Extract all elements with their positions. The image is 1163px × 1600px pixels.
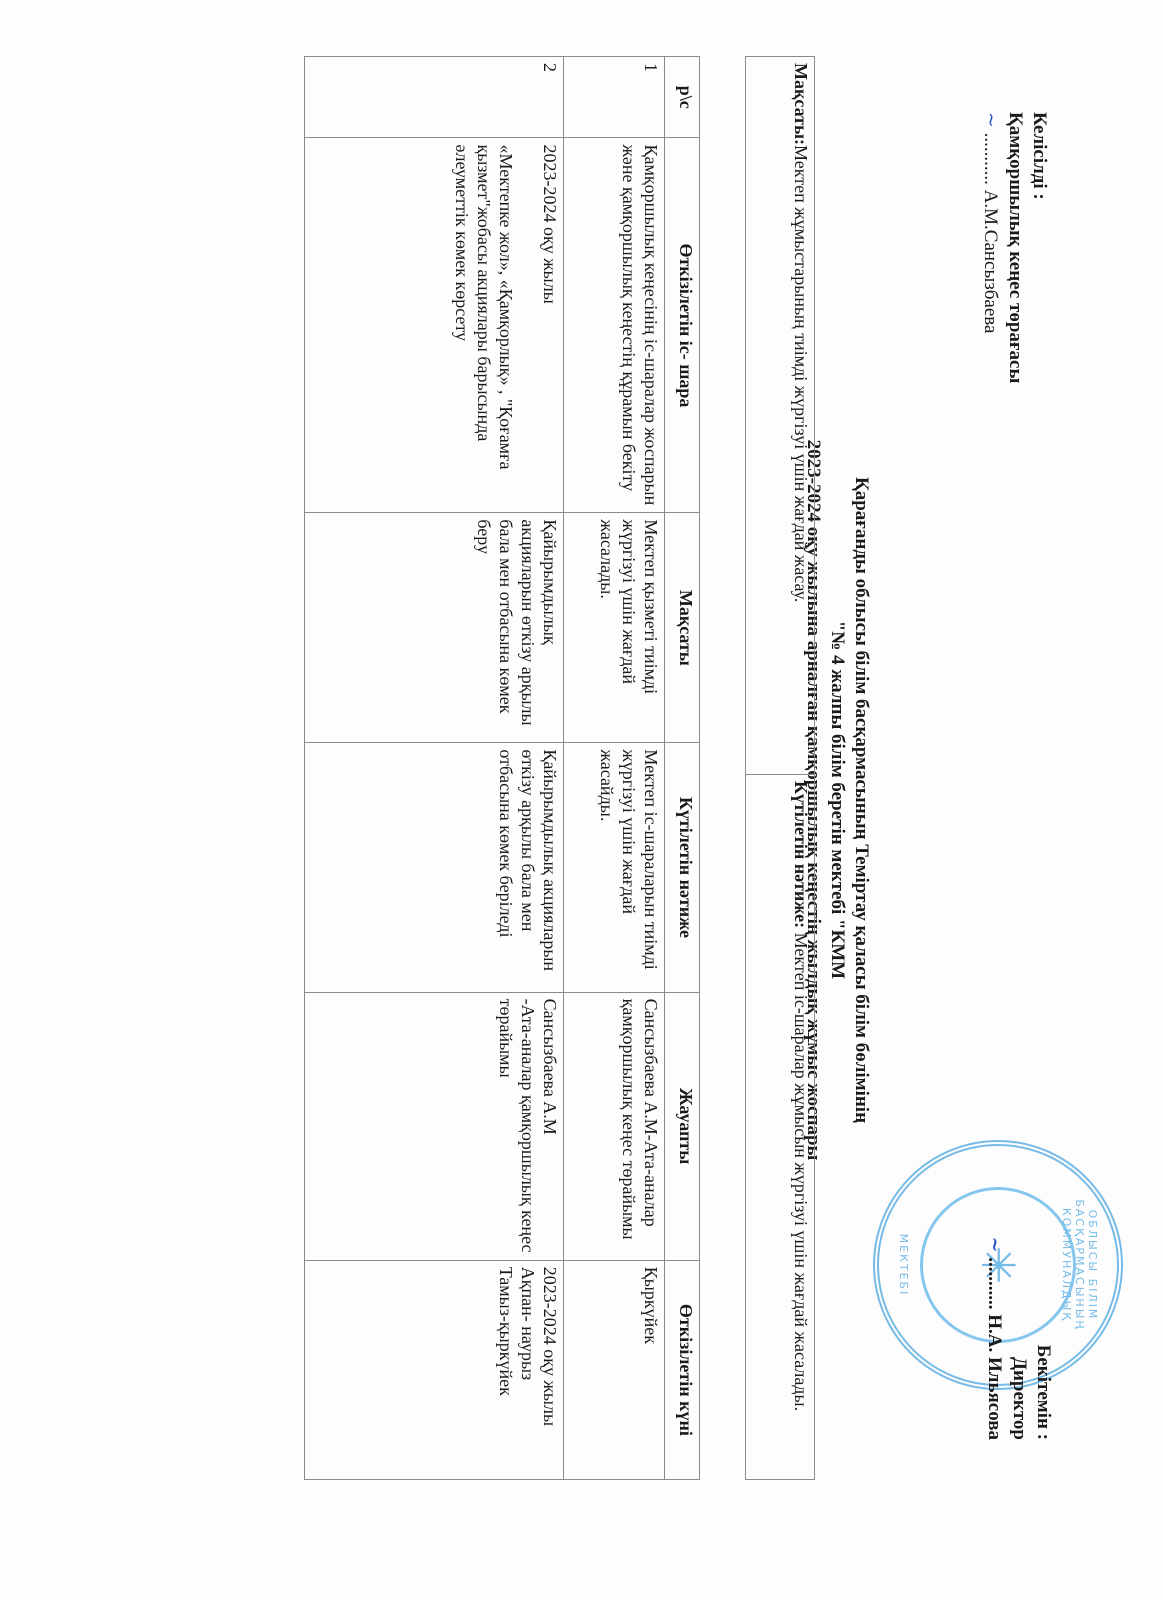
row-event: Қамқоршылық кеңесінің іс-шаралар жоспары…: [564, 138, 665, 513]
signature-icon: ~: [984, 1237, 1006, 1253]
header-date: Өткізілетін күні: [665, 1260, 700, 1479]
header-responsible: Жауапты: [665, 992, 700, 1260]
agreed-position: Қамқоршылық кеңес төрағасы: [1003, 112, 1027, 383]
agreed-label: Келісілді :: [1027, 112, 1051, 383]
table-header-row: р\с Өткізілетін іс- шара Мақсаты Күтілет…: [665, 57, 700, 1480]
row-goal: Қайырымдылық акцияларын өткізу арқылы ба…: [305, 513, 564, 743]
header-goal: Мақсаты: [665, 513, 700, 743]
approved-signature-line: ~ ........... Н.А. Ильясова: [982, 1140, 1007, 1440]
row-goal: Мектеп қызметі тиімді жүргізуі үшін жағд…: [564, 513, 665, 743]
expected-result-text: Мектеп іс-шаралар жұмысын жүргізуі үшін …: [791, 928, 811, 1411]
row-responsible: Сансызбаева А.М-Ата-аналар қамқоршылық к…: [564, 992, 665, 1260]
goal-label: Мақсаты:: [791, 63, 811, 145]
stamp-bottom-text: МЕКТЕБІ: [897, 1146, 910, 1384]
agreed-signature-dots: ...........: [980, 133, 1001, 185]
stamp-top-text: ОБЛЫСЫ БІЛІМ БАСҚАРМАСЫНЫҢ КОММУНАЛДЫҚ: [1060, 1146, 1099, 1384]
goal-text: Мектеп жұмыстарының тиімді жүргізуі үшін…: [791, 145, 811, 602]
approved-position: Директор: [1007, 1140, 1031, 1440]
work-plan-table: р\с Өткізілетін іс- шара Мақсаты Күтілет…: [304, 56, 700, 1480]
row-responsible: Сансызбаева А.М -Ата-аналар қамқоршылық …: [305, 992, 564, 1260]
goal-cell: Мақсаты:Мектеп жұмыстарының тиімді жүргі…: [746, 57, 815, 775]
document-page: Келісілді : Қамқоршылық кеңес төрағасы ~…: [0, 0, 1163, 1600]
signature-icon: ~: [980, 112, 1002, 128]
approved-signature-dots: ...........: [984, 1257, 1005, 1309]
agreed-signature-line: ~ ........... А.М.Сансызбаева: [978, 112, 1003, 383]
row-expected-result: Мектеп іс-шараларын тиімді жүргізуі үшін…: [564, 743, 665, 992]
document-title-line-1: Қарағанды облысы білім басқармасының Тем…: [849, 0, 873, 1600]
row-event: 2023-2024 оқу жылы «Мектепке жол», «Қамқ…: [305, 138, 564, 513]
header-number: р\с: [665, 57, 700, 138]
approval-block-approved: Бекітемін : Директор ~ ........... Н.А. …: [982, 1140, 1055, 1440]
approved-label: Бекітемін :: [1031, 1140, 1055, 1440]
row-date: 2023-2024 оқу жылы Ақпан- наурыз Тамыз-қ…: [305, 1260, 564, 1479]
row-expected-result: Қайырымдылық акцияларын өткізу арқылы ба…: [305, 743, 564, 992]
expected-result-label: Күтілетін нәтиже:: [791, 781, 811, 928]
approval-block-agreed: Келісілді : Қамқоршылық кеңес төрағасы ~…: [978, 112, 1051, 383]
table-row: 2 2023-2024 оқу жылы «Мектепке жол», «Қа…: [305, 57, 564, 1480]
header-expected-result: Күтілетін нәтиже: [665, 743, 700, 992]
header-event: Өткізілетін іс- шара: [665, 138, 700, 513]
row-date: Қыркүйек: [564, 1260, 665, 1479]
document-title-line-2: "№ 4 жалпы білім беретін мектебі "КММ: [825, 0, 849, 1600]
approved-signer-name: Н.А. Ильясова: [984, 1314, 1005, 1440]
expected-result-cell: Күтілетін нәтиже: Мектеп іс-шаралар жұмы…: [746, 775, 815, 1480]
row-number: 2: [305, 57, 564, 138]
goal-table: Мақсаты:Мектеп жұмыстарының тиімді жүргі…: [745, 56, 815, 1480]
agreed-signer-name: А.М.Сансызбаева: [980, 190, 1001, 334]
row-number: 1: [564, 57, 665, 138]
table-row: 1 Қамқоршылық кеңесінің іс-шаралар жоспа…: [564, 57, 665, 1480]
